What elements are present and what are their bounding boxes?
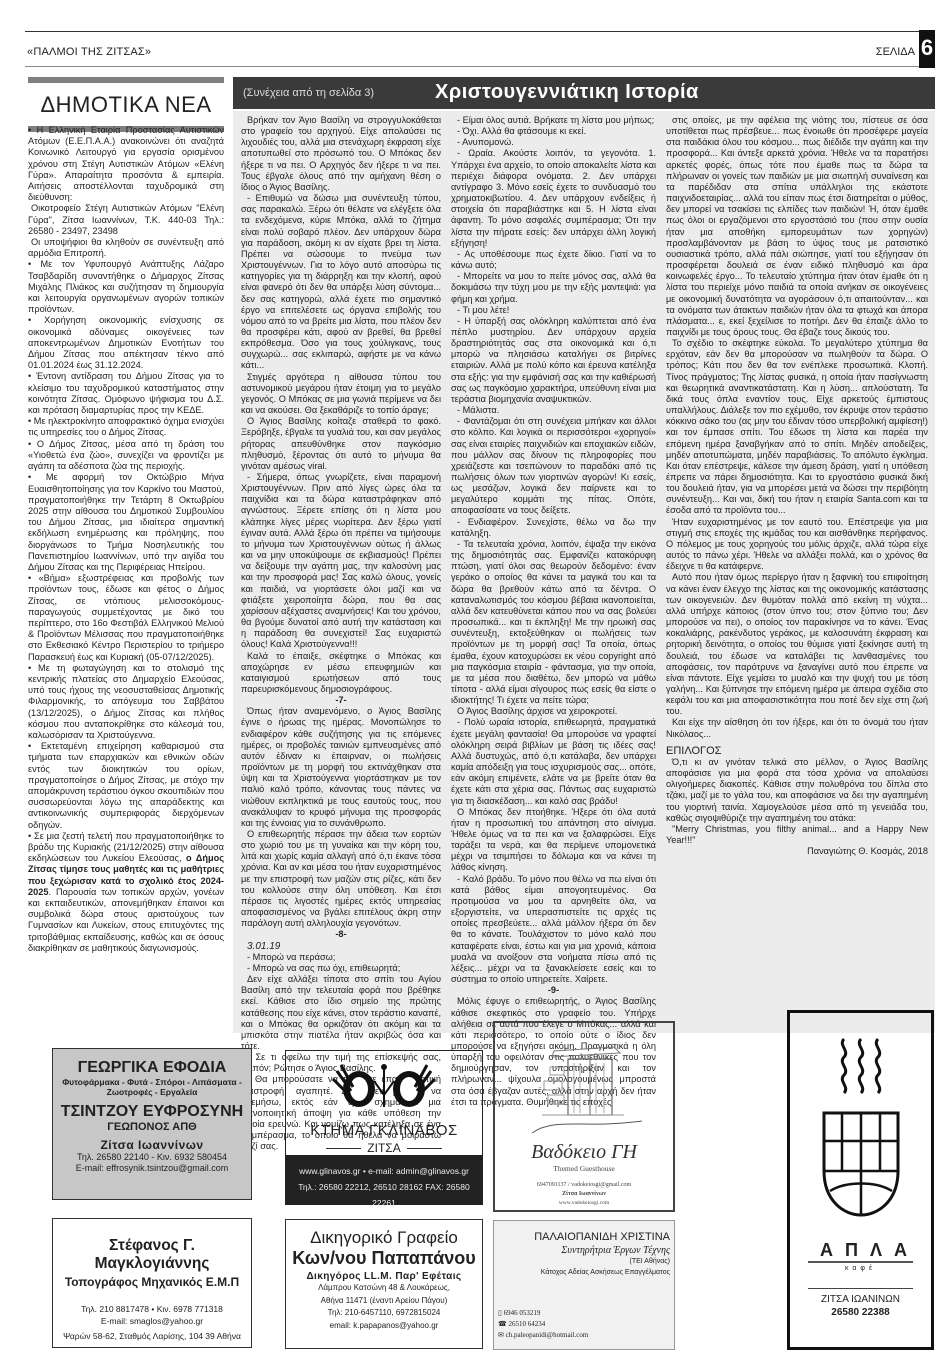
paragraph: - Καλό βράδυ. Το μόνο που θέλω να πω είν… — [451, 874, 656, 986]
page-label: ΣΕΛΙΔΑ — [876, 46, 915, 58]
newspaper-name: «ΠΑΛΜΟΙ ΤΗΣ ΖΙΤΣΑΣ» — [27, 46, 151, 58]
page-header: «ΠΑΛΜΟΙ ΤΗΣ ΖΙΤΣΑΣ» ΣΕΛΙΔΑ 6 — [25, 31, 935, 67]
ad-address: Αθήνα 11471 (έναντι Αρείου Πάγου) — [286, 1295, 482, 1308]
news-item: • Χορήγηση οικονομικής ενίσχυσης σε οικο… — [28, 315, 224, 371]
paragraph: Ο Άγιος Βασίλης κοίταζε σταθερά το φακό.… — [241, 416, 441, 472]
news-item: • Με ηλεκτροκίνητο αποφρακτικό όχημα ενι… — [28, 416, 224, 438]
news-item: • Εκτεταμένη επιχείρηση καθαρισμού στα τ… — [28, 741, 224, 831]
ad-phone: Τηλ. 210 8817478 • Κιν. 6978 771318 — [53, 1303, 251, 1315]
ad-owner: ΤΣΙΝΤΖΟΥ ΕΥΦΡΟΣΥΝΗ — [53, 1103, 251, 1121]
ad-vadokeio-guesthouse: Βαδόκειο ΓΗ Themed Guesthouse 6947091137… — [493, 1021, 675, 1212]
ad-products: Φυτοφάρμακα - Φυτά - Σπόροι - Λιπάσματα … — [53, 1077, 251, 1097]
ad-place-row: ΖΙΤΣΑ — [286, 1141, 482, 1155]
paragraph: Στιγμές αργότερα η αίθουσα τύπου του αστ… — [241, 372, 441, 417]
news-item: Οικοτροφείο Στέγη Αυτιστικών Ατόμων "Ελέ… — [28, 203, 224, 237]
paragraph: Και είχε την αίσθηση ότι τον ήξερε, και … — [666, 717, 928, 739]
continued-note: (Συνέχεια από τη σελίδα 3) — [243, 87, 374, 99]
section-marker: -7- — [241, 695, 441, 706]
divider — [407, 1148, 442, 1149]
epilogue-heading: ΕΠΙΛΟΓΟΣ — [666, 746, 928, 757]
news-item: • Σε μια ζεστή τελετή που πραγματοποιήθη… — [28, 831, 224, 954]
ad-email: email: k.papapanos@yahoo.gr — [286, 1320, 482, 1333]
ad-subtitle: Themed Guesthouse — [495, 1164, 673, 1173]
ad-email: ch.paleopanidi@hotmail.com — [506, 1331, 589, 1339]
paragraph: Ό,τι κι αν γινόταν τελικά στο μέλλον, ο … — [666, 757, 928, 824]
author-signature: Παναγιώτης Θ. Κοσμάς, 2018 — [666, 846, 928, 857]
section-title: ΔΗΜΟΤΙΚΑ ΝΕΑ — [28, 83, 224, 126]
mobile-row: ▯ 6946 053219 — [498, 1308, 588, 1319]
municipal-news-column: • Η Ελληνική Εταιρία Προστασίας Αυτιστικ… — [28, 125, 224, 954]
ad-phone: 26510 64234 — [508, 1320, 545, 1328]
news-text: . Παρουσία των τοπικών αρχών, γονέων και… — [28, 887, 224, 953]
paragraph: - Τι μου λέτε! — [451, 305, 656, 316]
ad-agricultural-supplies: ΓΕΩΡΓΙΚΑ ΕΦΟΔΙΑ Φυτοφάρμακα - Φυτά - Σπό… — [52, 1048, 252, 1200]
ad-name: ΠΑΛΑΙΟΠΑΝΙΔΗ ΧΡΙΣΤΙΝΑ — [494, 1231, 674, 1243]
paragraph: - Επιθυμώ να δώσω μια συνέντευξη τύπου, … — [241, 193, 441, 372]
story-column-1: Βρήκαν τον Άγιο Βασίλη να στρογγυλοκάθετ… — [241, 115, 441, 1153]
paragraph: Καλά το έπαιξε, σκέφτηκε ο Μπόκας και απ… — [241, 651, 441, 696]
paragraph: - Ανυπομονώ. — [451, 137, 656, 148]
paragraph: - Ωραία. Ακούστε λοιπόν, τα γεγονότα. 1.… — [451, 148, 656, 248]
section-marker: -9- — [451, 985, 656, 996]
article-header: (Συνέχεια από τη σελίδα 3) Χριστουγεννιά… — [233, 77, 935, 109]
ad-place: Ζίτσα Ιωαννίνων — [495, 1190, 673, 1199]
divider — [326, 1148, 361, 1149]
paragraph: - Ας υποθέσουμε πως έχετε δίκιο. Γιατί ν… — [451, 249, 656, 271]
ad-place: ΖΙΤΣΑ ΙΩΑΝΙΝΩΝ — [808, 1293, 913, 1306]
paragraph: - Φαντάζομαι ότι στη συνέχεια μπήκαν και… — [451, 416, 656, 516]
ad-phone: 26580 22388 — [808, 1306, 913, 1319]
ad-place: ΖΙΤΣΑ — [367, 1141, 400, 1155]
paragraph: - Μάλιστα. — [451, 405, 656, 416]
story-column-2: - Είμαι όλος αυτιά. Βρήκατε τη λίστα μου… — [451, 115, 656, 1108]
ad-name: ΑΠΛΑ — [808, 1240, 913, 1263]
ad-phone-email: 6947091137 / vadokeiosgi@gmail.com — [495, 1181, 673, 1190]
phone-row: ☎ 26510 64234 — [498, 1319, 588, 1330]
news-item: • «Βήμα» εξωστρέφειας και προβολής των π… — [28, 573, 224, 663]
ad-glinavos-winery: ΚΤΗΜΑ ΓΚΛΙΝΑΒΟΣ ΖΙΤΣΑ www.glinavos.gr • … — [285, 1050, 483, 1205]
section-marker: -8- — [241, 929, 441, 940]
ad-line1: Δικηγορικό Γραφείο — [286, 1228, 482, 1248]
ad-address: Ψαρών 58-62, Σταθμός Λαρίσης, 104 39 Αθή… — [53, 1330, 251, 1342]
news-item: • Η Ελληνική Εταιρία Προστασίας Αυτιστικ… — [28, 125, 224, 203]
paragraph: - Η ύπαρξή σας ολόκληρη καλύπτεται από έ… — [451, 316, 656, 405]
paragraph: Όπως ήταν αναμενόμενο, ο Άγιος Βασίλης έ… — [241, 706, 441, 829]
news-item: • Με τον Υφυπουργό Ανάπτυξης Λάζαρο Τσαβ… — [28, 259, 224, 315]
ad-email: E-mail: effrosynik.tsintzou@gmail.com — [53, 1163, 251, 1174]
ad-web: www.glinavos.gr • e-mail: admin@glinavos… — [286, 1163, 482, 1179]
paragraph: - Τα τελευταία χρόνια, λοιπόν, έψαξα την… — [451, 539, 656, 706]
ad-contacts: ▯ 6946 053219 ☎ 26510 64234 ✉ ch.paleopa… — [498, 1308, 588, 1341]
ad-role: Δικηγόρος LL.M. Παρ' Εφέταις — [286, 1271, 482, 1282]
story-column-3: στις οποίες, με την αφέλεια της νιότης τ… — [666, 115, 928, 857]
date: 3.01.19 — [241, 941, 441, 952]
paragraph: Ο Μπόκας δεν πτοήθηκε. Ήξερε ότι όλα αυτ… — [451, 807, 656, 874]
ad-law-office: Δικηγορικό Γραφείο Κων/νου Παπαπάνου Δικ… — [285, 1219, 483, 1349]
paragraph: - Μπορώ να περάσω; — [241, 952, 441, 963]
ad-phone: Τηλ: 210-6457110, 6972815024 — [286, 1307, 482, 1320]
news-item: • Με αφορμή τον Οκτώβριο Μήνα Ευαισθητοπ… — [28, 472, 224, 573]
ad-web: www.vadokeiosgi.com — [495, 1199, 673, 1208]
news-item: • Ο Δήμος Ζίτσας, μέσα από τη δράση του … — [28, 439, 224, 473]
paragraph: - Σήμερα, όπως γνωρίζετε, είναι παραμονή… — [241, 472, 441, 651]
ad-art-conservator: ΠΑΛΑΙΟΠΑΝΙΔΗ ΧΡΙΣΤΙΝΑ Συντηρήτρια Έργων … — [493, 1220, 675, 1350]
ad-logo: Βαδόκειο ΓΗ — [495, 1142, 673, 1162]
ad-name: ΚΤΗΜΑ ΓΚΛΙΝΑΒΟΣ — [286, 1122, 482, 1139]
page-number: 6 — [919, 30, 935, 68]
ad-license: Κάτοχος Αδείας Ασκήσεως Επαγγέλματος — [494, 1269, 674, 1276]
ad-name: Στέφανος Γ. Μαγκλογιάννης — [53, 1237, 251, 1273]
article-title: Χριστουγεννιάτικη Ιστορία — [435, 81, 699, 104]
ad-contact: 6947091137 / vadokeiosgi@gmail.com Ζίτσα… — [495, 1181, 673, 1208]
ad-address: Λάμπρου Κατσώνη 48 & Λουκάρεως, — [286, 1282, 482, 1295]
ad-role: Τοπογράφος Μηχανικός Ε.Μ.Π — [53, 1275, 251, 1289]
paragraph: Ο Άγιος Βασίλης άρχισε να χειροκροτεί. — [451, 706, 656, 717]
news-item: • Με τη φωταγώγηση και το στολισμό της κ… — [28, 663, 224, 741]
ad-title: ΓΕΩΡΓΙΚΑ ΕΦΟΔΙΑ — [53, 1059, 251, 1077]
ad-apla-cafe: ΑΠΛΑ καφέ ΖΙΤΣΑ ΙΩΑΝΙΝΩΝ 26580 22388 — [787, 1010, 934, 1350]
paragraph: Βρήκαν τον Άγιο Βασίλη να στρογγυλοκάθετ… — [241, 115, 441, 193]
ad-contact-bar: www.glinavos.gr • e-mail: admin@glinavos… — [286, 1155, 482, 1204]
news-item: Οι υποψήφιοι θα κληθούν σε συνέντευξη απ… — [28, 237, 224, 259]
email-row: ✉ ch.paleopanidi@hotmail.com — [498, 1330, 588, 1341]
ad-phones: Τηλ.: 26580 22212, 26510 28162 FAX: 2658… — [286, 1179, 482, 1211]
ad-school: (ΤΕΙ Αθήνας) — [494, 1258, 674, 1265]
story-body: Βρήκαν τον Άγιο Βασίλη να στρογγυλοκάθετ… — [233, 111, 935, 1033]
paragraph: - Ενδιαφέρον. Συνεχίστε, θέλω να δω την … — [451, 517, 656, 539]
ad-name: Κων/νου Παπαπάνου — [286, 1248, 482, 1269]
paragraph: - Μπορείτε να μου το πείτε μόνος σας, αλ… — [451, 271, 656, 304]
ad-subtitle: καφέ — [790, 1265, 931, 1272]
paragraph: Δεν είχε αλλάξει τίποτα στο σπίτι του Αγ… — [241, 974, 441, 1052]
phone-icon: ☎ — [498, 1320, 508, 1328]
paragraph: - Όχι. Αλλά θα φτάσουμε κι εκεί. — [451, 126, 656, 137]
quote: "Merry Christmas, you filthy animal... a… — [666, 824, 928, 846]
paragraph: Ήταν ευχαριστημένος με τον εαυτό του. Επ… — [666, 517, 928, 573]
news-item: • Έντονη αντίδραση του Δήμου Ζίτσας για … — [28, 371, 224, 416]
paragraph: στις οποίες, με την αφέλεια της νιότης τ… — [666, 115, 928, 338]
paragraph: Το σχέδιο το σκέφτηκε εύκολα. Το μεγαλύτ… — [666, 338, 928, 517]
email-icon: ✉ — [498, 1331, 506, 1339]
ad-surveyor: Στέφανος Γ. Μαγκλογιάννης Τοπογράφος Μηχ… — [52, 1218, 252, 1348]
ad-mobile: 6946 053219 — [504, 1309, 541, 1317]
section-title-box: ΔΗΜΟΤΙΚΑ ΝΕΑ — [28, 77, 224, 132]
paragraph: - Πολύ ωραία ιστορία, επιθεωρητά, πραγμα… — [451, 717, 656, 806]
paragraph: - Μπορώ να σας πω όχι, επιθεωρητά; — [241, 963, 441, 974]
coffee-cup-logo-icon — [816, 1031, 906, 1221]
paragraph: Ο επιθεωρητής πέρασε την άδεια των εορτώ… — [241, 829, 441, 929]
ad-phone: Τηλ. 26580 22140 - Κιν. 6932 580454 — [53, 1152, 251, 1163]
peacock-logo-icon — [329, 1061, 439, 1113]
paragraph: - Είμαι όλος αυτιά. Βρήκατε τη λίστα μου… — [451, 115, 656, 126]
ad-place: Ζίτσα Ιωαννίνων — [53, 1138, 251, 1152]
paragraph: Αυτό που ήταν όμως περίεργο ήταν η ξαφνι… — [666, 572, 928, 717]
ad-email: E-mail: smaglos@yahoo.gr — [53, 1315, 251, 1327]
gate-sketch-icon — [524, 1037, 644, 1137]
ad-role: ΓΕΩΠΟΝΟΣ ΑΠΘ — [53, 1121, 251, 1133]
ad-footer: ΖΙΤΣΑ ΙΩΑΝΙΝΩΝ 26580 22388 — [808, 1288, 913, 1319]
ad-title: Συντηρήτρια Έργων Τέχνης — [494, 1245, 674, 1256]
